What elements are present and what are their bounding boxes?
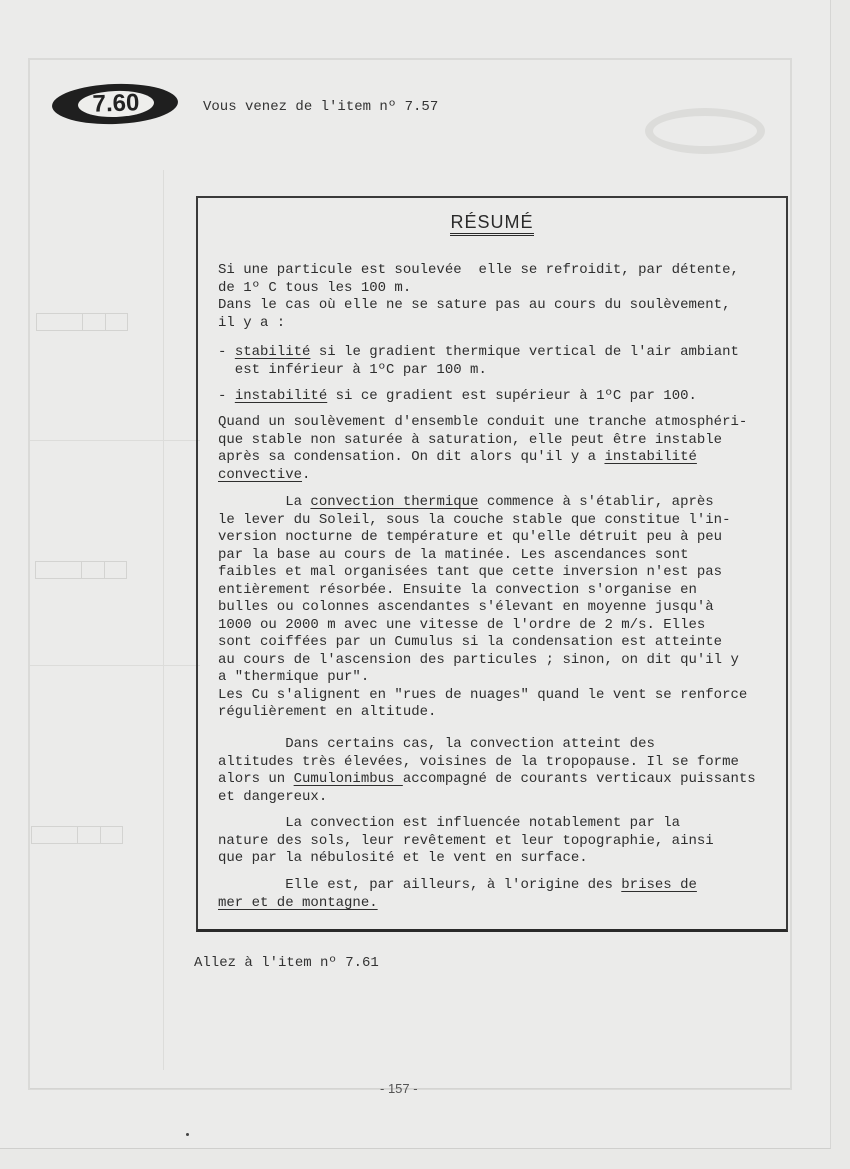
stability-item: - stabilité si le gradient thermique ver…	[218, 344, 739, 379]
thermal-convection-term: convection thermique	[310, 494, 478, 510]
previous-item-note: Vous venez de l'item nº 7.57	[203, 99, 438, 115]
breezes-paragraph: Elle est, par ailleurs, à l'origine des …	[218, 877, 697, 912]
summary-box: RÉSUMÉ Si une particule est soulevée ell…	[196, 196, 788, 932]
scanned-page: 7.60 Vous venez de l'item nº 7.57 RÉSUMÉ…	[0, 0, 831, 1149]
item-number: 7.60	[92, 89, 140, 119]
bleed-through-rule	[30, 440, 200, 441]
soil-influence-paragraph: La convection est influencée notablement…	[218, 815, 714, 868]
intro-paragraph: Si une particule est soulevée elle se re…	[218, 262, 739, 332]
next-item-link[interactable]: Allez à l'item nº 7.61	[194, 955, 379, 971]
bleed-through-answer-box	[36, 313, 128, 331]
bleed-through-badge	[645, 108, 765, 154]
bleed-through-answer-box	[31, 826, 123, 844]
page-number: - 157 -	[380, 1081, 418, 1096]
instability-term: instabilité	[235, 388, 327, 404]
convective-instability-paragraph: Quand un soulèvement d'ensemble conduit …	[218, 414, 747, 484]
bleed-through-rule	[30, 665, 200, 666]
cumulonimbus-term: Cumulonimbus	[294, 771, 403, 787]
summary-title: RÉSUMÉ	[198, 212, 786, 233]
scan-speck	[186, 1133, 189, 1136]
stability-term: stabilité	[235, 344, 311, 360]
bleed-through-answer-box	[35, 561, 127, 579]
cumulonimbus-paragraph: Dans certains cas, la convection atteint…	[218, 736, 756, 806]
thermal-convection-paragraph: La convection thermique commence à s'éta…	[218, 494, 747, 722]
bleed-through-rule	[163, 170, 164, 1070]
breezes-term: mer et de montagne.	[218, 895, 378, 911]
instability-item: - instabilité si ce gradient est supérie…	[218, 388, 697, 406]
